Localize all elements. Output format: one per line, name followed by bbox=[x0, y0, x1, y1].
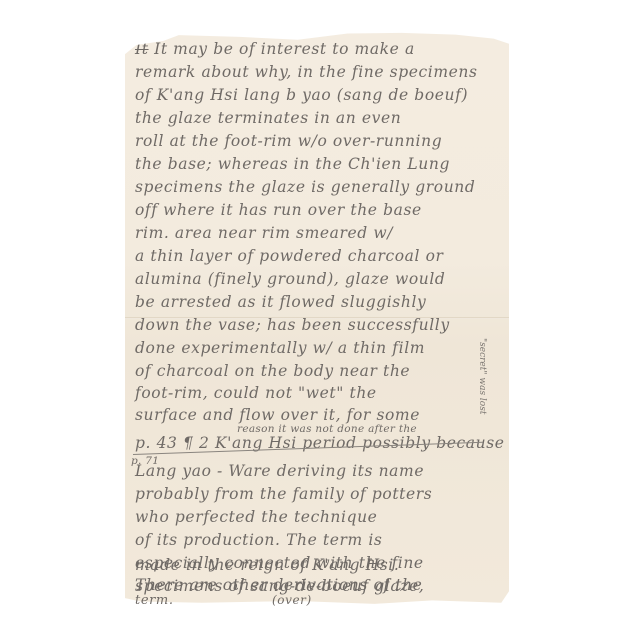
text-line-9: rim. area near rim smeared w/ bbox=[135, 226, 393, 242]
handwritten-letter-page: It It may be of interest to make a remar… bbox=[125, 30, 509, 605]
text-line-15: of charcoal on the body near the bbox=[135, 364, 410, 380]
interlinear-insert: reason it was not done after the bbox=[237, 424, 417, 435]
text-line-8: off where it has run over the base bbox=[135, 203, 422, 219]
text-line-19: Lang yao - Ware deriving its name bbox=[135, 464, 424, 480]
text-line-12: be arrested as it flowed sluggishly bbox=[135, 295, 426, 311]
text-line-26: There are other derivations of the bbox=[135, 578, 422, 594]
text-line-11: alumina (finely ground), glaze would bbox=[135, 272, 445, 288]
text-line-13: down the vase; has been successfully bbox=[135, 318, 450, 334]
text-line-4: the glaze terminates in an even bbox=[135, 111, 401, 127]
margin-note: "secret" was lost bbox=[477, 338, 487, 414]
struck-word: It bbox=[135, 40, 149, 58]
page-stage: It It may be of interest to make a remar… bbox=[0, 0, 635, 635]
text-line-7: specimens the glaze is generally ground bbox=[135, 180, 475, 196]
text-line-22: of its production. The term is bbox=[135, 533, 382, 549]
text-line-17: surface and flow over it, for some bbox=[135, 408, 420, 424]
text-line-5: roll at the foot-rim w/o over-running bbox=[135, 134, 442, 150]
over-marker: (over) bbox=[272, 594, 312, 606]
text-line-6: the base; whereas in the Ch'ien Lung bbox=[135, 157, 450, 173]
text-line-1: It It may be of interest to make a bbox=[135, 42, 415, 58]
text-line-25: made in the reign of K'ang Hsi. bbox=[135, 558, 399, 574]
text-line-3: of K'ang Hsi lang b yao (sang de boeuf) bbox=[135, 88, 468, 104]
text-line-27: term. bbox=[135, 594, 174, 607]
text-line-2: remark about why, in the fine specimens bbox=[135, 65, 478, 81]
text-line-16: foot-rim, could not "wet" the bbox=[135, 386, 377, 402]
text-line-10: a thin layer of powdered charcoal or bbox=[135, 249, 444, 265]
text-line-21: who perfected the technique bbox=[135, 510, 377, 526]
text-line-20: probably from the family of potters bbox=[135, 487, 432, 503]
text-line-14: done experimentally w/ a thin film bbox=[135, 341, 425, 357]
